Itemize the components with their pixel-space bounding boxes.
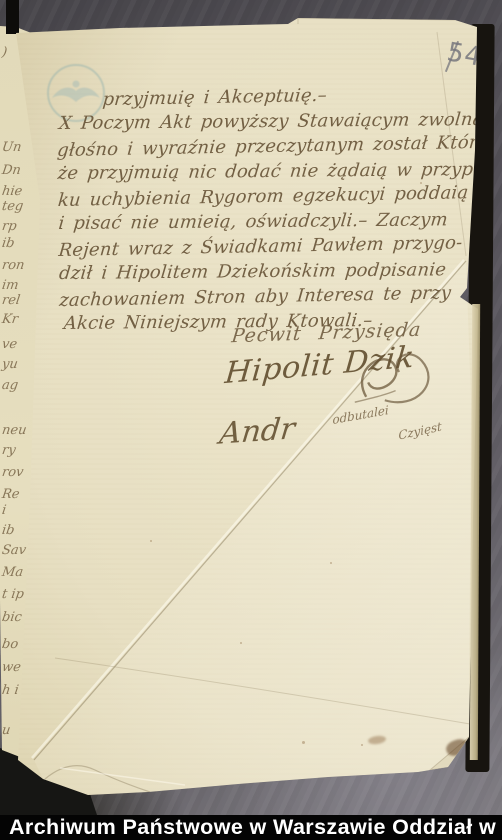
underpage-text-fragment: i	[1, 503, 7, 518]
signature-andrzej: Andr	[218, 411, 297, 451]
archival-scan: ) Un Dn hie teg rp ib ron im rel Kr ve y…	[0, 0, 502, 840]
underpage-text-fragment: t ip	[1, 587, 25, 602]
underpage-text-fragment: Sav	[1, 543, 27, 558]
underpage-text-fragment: teg	[1, 199, 24, 214]
binding-strip	[6, 0, 19, 34]
manuscript-page: przyjmuię i Akceptuię.– X Poczym Akt pow…	[0, 0, 502, 840]
underpage-text-fragment: hie	[1, 184, 23, 199]
side-note-line-2: Czyięst	[398, 419, 442, 442]
paper-speck	[240, 642, 242, 644]
underpage-text-fragment: ron	[1, 258, 26, 273]
underpage-text-fragment: h i	[1, 683, 20, 698]
archive-caption: Archiwum Państwowe w Warszawie Oddział w…	[0, 815, 502, 840]
underpage-text-fragment: u	[1, 723, 11, 738]
underpage-text-fragment: )	[1, 45, 8, 60]
underpage-text-fragment: Re	[1, 487, 21, 502]
underpage-text-fragment: rp	[1, 219, 18, 234]
underpage-text-fragment: ag	[1, 378, 19, 393]
underpage-text-fragment: Ma	[1, 565, 24, 580]
underpage-text-fragment: neu	[1, 423, 28, 438]
paper-speck	[302, 741, 305, 744]
underpage-text-fragment: bo	[1, 637, 19, 652]
underpage-text-fragment: ve	[1, 337, 18, 352]
underpage-text-fragment: rel	[1, 293, 21, 308]
underpage-text-fragment: bic	[1, 610, 23, 625]
underpage-text-fragment: Kr	[1, 312, 19, 327]
paper-speck	[150, 540, 152, 542]
underpage-text-fragment: im	[1, 278, 20, 293]
underpage-text-fragment: ib	[1, 523, 16, 538]
paper-stain	[368, 735, 387, 745]
manuscript-text-block: przyjmuię i Akceptuię.– X Poczym Akt pow…	[56, 83, 479, 339]
paper-speck	[361, 744, 363, 746]
archive-caption-bar: Archiwum Państwowe w Warszawie Oddział w…	[0, 815, 502, 840]
underpage-text-fragment: Dn	[1, 163, 22, 178]
underpage-text-fragment: ry	[1, 443, 17, 458]
underpage-text-fragment: we	[1, 660, 22, 675]
paper-speck	[330, 562, 332, 564]
underpage-text-fragment: Un	[1, 140, 22, 155]
underpage-text-fragment: yu	[1, 357, 19, 372]
underpage-text-fragment: ib	[1, 236, 16, 251]
underpage-text-fragment: rov	[1, 465, 24, 480]
paper-speck	[420, 182, 422, 184]
